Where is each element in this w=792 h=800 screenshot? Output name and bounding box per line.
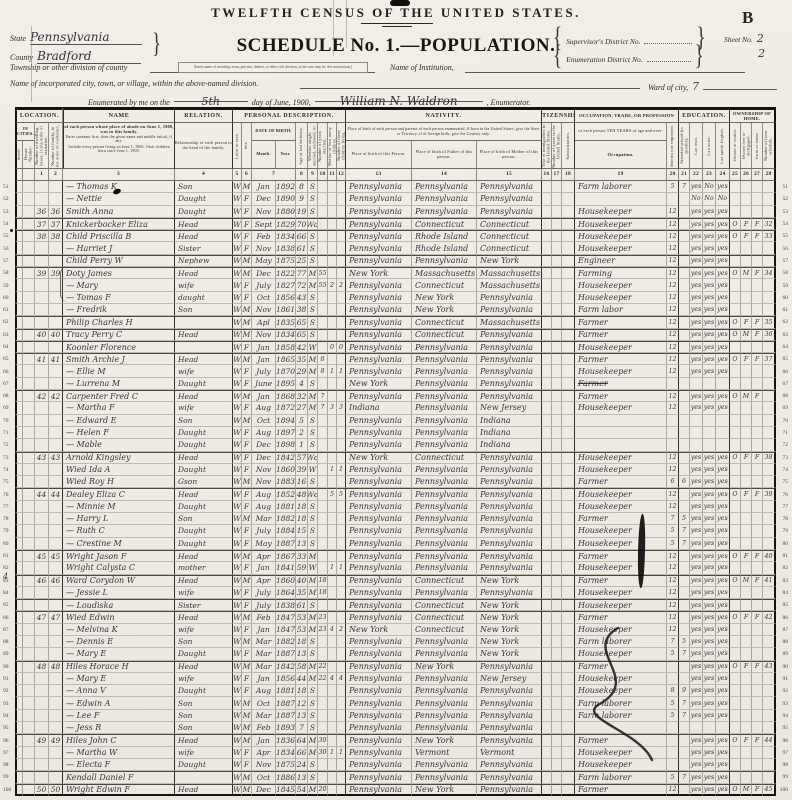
cell-occ: Housekeeper	[575, 365, 667, 377]
cell-color: W	[233, 587, 242, 599]
cell-own: O	[730, 452, 741, 464]
cell-rd	[690, 378, 703, 390]
line-number-right: 62	[776, 316, 789, 328]
cell-fh	[752, 710, 763, 722]
cell-wr: yes	[703, 353, 716, 365]
cell-own: O	[730, 316, 741, 328]
cell-occ: Housekeeper	[575, 747, 667, 759]
cell-cl	[337, 661, 346, 673]
cell-fs	[763, 415, 776, 427]
cell-sex: F	[242, 365, 252, 377]
cell-street	[15, 525, 23, 537]
cell-nat	[562, 575, 575, 587]
cell-yrs	[552, 599, 562, 611]
cell-bm: Dec	[252, 784, 276, 796]
cell-wr: yes	[703, 685, 716, 697]
line-number-right: 51	[776, 181, 789, 193]
cell-fm: M	[741, 575, 752, 587]
cell-fm	[741, 206, 752, 218]
cell-nat	[562, 255, 575, 267]
cell-occ	[575, 427, 667, 439]
cell-fs	[763, 439, 776, 451]
cell-nat	[562, 193, 575, 205]
cell-yrs	[552, 673, 562, 685]
cell-color: W	[233, 452, 242, 464]
line-number-left: 51	[2, 181, 15, 193]
cell-fm	[741, 624, 752, 636]
cell-own	[730, 242, 741, 254]
cell-bp: Pennsylvania	[346, 427, 412, 439]
cell-cb: 3	[328, 402, 337, 414]
cell-occ: Farm laborer	[575, 181, 667, 193]
column-number: 1	[35, 169, 49, 181]
cell-bm: July	[252, 587, 276, 599]
line-number-right: 100	[776, 784, 789, 796]
cell-fh	[752, 599, 763, 611]
cell-fm: M	[741, 267, 752, 279]
cell-mbp: Pennsylvania	[477, 452, 542, 464]
cell-fm: F	[741, 316, 752, 328]
col-header-farm-home: Farm or home.	[752, 123, 763, 169]
cell-house	[23, 697, 35, 709]
cell-name: — Dennis E	[63, 636, 175, 648]
cell-bm: Aug	[252, 427, 276, 439]
cell-imm	[542, 784, 552, 796]
cell-dw: 43	[35, 452, 49, 464]
line-number-right: 65	[776, 353, 789, 365]
cell-sch	[679, 661, 690, 673]
cell-fs	[763, 710, 776, 722]
cell-street	[15, 599, 23, 611]
ward-value: 7	[692, 80, 699, 93]
cell-bm: Oct	[252, 415, 276, 427]
cell-imm	[542, 378, 552, 390]
col-header-naturalization: Naturalization.	[562, 123, 575, 169]
line-number-right: 97	[776, 747, 789, 759]
cell-en: yes	[716, 550, 730, 562]
cell-cl	[337, 390, 346, 402]
cell-age: 43	[296, 292, 308, 304]
col-header-owned-rented: Owned or rented.	[730, 123, 741, 169]
cell-bm: Nov	[252, 329, 276, 341]
cell-cb	[328, 378, 337, 390]
line-number-left: 56	[2, 242, 15, 254]
col-header-free-mortgaged: Owned free or mortgaged.	[741, 123, 752, 169]
cell-bp: Pennsylvania	[346, 562, 412, 574]
cell-yrs	[552, 525, 562, 537]
cell-fbp: Pennsylvania	[412, 722, 477, 734]
cell-nat	[562, 427, 575, 439]
line-number-left: 95	[2, 722, 15, 734]
cell-mar: S	[308, 255, 318, 267]
cell-age: 18	[296, 513, 308, 525]
cell-rel: Head	[175, 611, 233, 623]
cell-name: — Helen F	[63, 427, 175, 439]
cell-rd: yes	[690, 255, 703, 267]
line-number-left: 64	[2, 341, 15, 353]
cell-mne: 5	[667, 538, 679, 550]
cell-bp: Indiana	[346, 402, 412, 414]
cell-color: W	[233, 525, 242, 537]
cell-fs	[763, 402, 776, 414]
cell-ym	[318, 525, 328, 537]
cell-age: 25	[296, 255, 308, 267]
cell-by: 1841	[276, 562, 296, 574]
cell-fm	[741, 538, 752, 550]
cell-by: 1858	[276, 341, 296, 353]
cell-wr: yes	[703, 734, 716, 746]
cell-yrs	[552, 452, 562, 464]
cell-ym	[318, 206, 328, 218]
cell-mbp: Pennsylvania	[477, 476, 542, 488]
cell-fm: F	[741, 550, 752, 562]
cell-imm	[542, 587, 552, 599]
cell-rel: Head	[175, 550, 233, 562]
cell-cb	[328, 415, 337, 427]
cell-yrs	[552, 329, 562, 341]
cell-fbp: Connecticut	[412, 611, 477, 623]
cell-fs	[763, 525, 776, 537]
cell-sex: M	[242, 316, 252, 328]
cell-en: yes	[716, 501, 730, 513]
cell-bm: Jan	[252, 673, 276, 685]
cell-nat	[562, 279, 575, 291]
col-header-dwelling-number: Number of dwelling house, in the order o…	[35, 123, 49, 169]
line-number-left: 90	[2, 661, 15, 673]
cell-cl: 1	[337, 464, 346, 476]
cell-by: 1893	[276, 722, 296, 734]
cell-cl	[337, 427, 346, 439]
cell-by: 1856	[276, 292, 296, 304]
cell-ym	[318, 193, 328, 205]
cell-bp: Pennsylvania	[346, 488, 412, 500]
cell-rel: Daught	[175, 427, 233, 439]
cell-cl	[337, 525, 346, 537]
cell-wr: yes	[703, 587, 716, 599]
cell-en: yes	[716, 476, 730, 488]
cell-name: — Crestine M	[63, 538, 175, 550]
column-number: 26	[741, 169, 752, 181]
county-value: Bradford	[37, 49, 141, 64]
cell-wr: yes	[703, 599, 716, 611]
cell-sex: F	[242, 279, 252, 291]
cell-sex: M	[242, 771, 252, 783]
cell-fbp: New York	[412, 734, 477, 746]
cell-rd: yes	[690, 230, 703, 242]
column-number: 27	[752, 169, 763, 181]
enumeration-district-value: 2	[758, 47, 765, 60]
cell-fam	[49, 771, 63, 783]
cell-bm: Mar	[252, 513, 276, 525]
cell-rel	[175, 341, 233, 353]
cell-house	[23, 316, 35, 328]
cell-en: yes	[716, 771, 730, 783]
cell-sch	[679, 624, 690, 636]
cell-name: — Mable	[63, 439, 175, 451]
cell-rel: wife	[175, 365, 233, 377]
cell-sex: F	[242, 587, 252, 599]
cell-own	[730, 402, 741, 414]
cell-fbp: Connecticut	[412, 599, 477, 611]
cell-yrs	[552, 550, 562, 562]
cell-age: 61	[296, 599, 308, 611]
cell-rd: yes	[690, 242, 703, 254]
cell-nat	[562, 353, 575, 365]
cell-mar: S	[308, 697, 318, 709]
cell-bm: Dec	[252, 452, 276, 464]
cell-by: 1835	[276, 316, 296, 328]
cell-fh	[752, 722, 763, 734]
cell-ym: 7	[318, 390, 328, 402]
cell-color: W	[233, 279, 242, 291]
cell-rd: yes	[690, 292, 703, 304]
cell-mne	[667, 439, 679, 451]
cell-bp: Pennsylvania	[346, 550, 412, 562]
cell-cb	[328, 218, 337, 230]
cell-mar: M	[308, 402, 318, 414]
cell-own	[730, 599, 741, 611]
line-number-right: 60	[776, 292, 789, 304]
cell-by: 1887	[276, 538, 296, 550]
cell-name: Smith Archie J	[63, 353, 175, 365]
cell-fh: F	[752, 230, 763, 242]
cell-wr: yes	[703, 697, 716, 709]
cell-own	[730, 697, 741, 709]
enumerated-mid: day of June, 1900,	[252, 98, 311, 107]
cell-sex: M	[242, 476, 252, 488]
ward-label: Ward of city,	[648, 83, 688, 92]
cell-dw	[35, 624, 49, 636]
cell-fs	[763, 193, 776, 205]
cell-wr	[703, 427, 716, 439]
cell-rel: Son	[175, 722, 233, 734]
cell-fh: F	[752, 452, 763, 464]
cell-occ: Farmer	[575, 661, 667, 673]
cell-sex: F	[242, 562, 252, 574]
cell-bm: Jan	[252, 341, 276, 353]
cell-ym: 23	[318, 611, 328, 623]
cell-fm	[741, 193, 752, 205]
cell-fh	[752, 415, 763, 427]
cell-sch	[679, 292, 690, 304]
cell-street	[15, 562, 23, 574]
cell-color: W	[233, 784, 242, 796]
cell-by: 1865	[276, 353, 296, 365]
cell-rd: yes	[690, 353, 703, 365]
cell-fm	[741, 636, 752, 648]
cell-mbp: Pennsylvania	[477, 759, 542, 771]
cell-imm	[542, 452, 552, 464]
cell-cl	[337, 575, 346, 587]
cell-yrs	[552, 242, 562, 254]
cell-rel: wife	[175, 587, 233, 599]
cell-age: 32	[296, 390, 308, 402]
cell-cb	[328, 476, 337, 488]
cell-own	[730, 415, 741, 427]
cell-fam	[49, 378, 63, 390]
cell-fbp: Pennsylvania	[412, 181, 477, 193]
line-number-right: 76	[776, 488, 789, 500]
cell-en: yes	[716, 218, 730, 230]
cell-by: 1887	[276, 710, 296, 722]
column-number: 16	[542, 169, 552, 181]
cell-cl	[337, 636, 346, 648]
cell-mbp: New York	[477, 575, 542, 587]
cell-fh: F	[752, 488, 763, 500]
cell-cb	[328, 255, 337, 267]
cell-street	[15, 452, 23, 464]
cell-name: — Loudiska	[63, 599, 175, 611]
cell-fbp: Pennsylvania	[412, 648, 477, 660]
cell-house	[23, 365, 35, 377]
cell-fbp: Pennsylvania	[412, 427, 477, 439]
cell-sch	[679, 562, 690, 574]
cell-dw	[35, 181, 49, 193]
cell-nat	[562, 206, 575, 218]
cell-rd: yes	[690, 759, 703, 771]
cell-wr: No	[703, 181, 716, 193]
cell-occ	[575, 722, 667, 734]
cell-rel: daught	[175, 292, 233, 304]
cell-fm	[741, 771, 752, 783]
cell-en: yes	[716, 673, 730, 685]
cell-dw: 42	[35, 390, 49, 402]
cell-imm	[542, 747, 552, 759]
cell-by: 1834	[276, 747, 296, 759]
cell-own: O	[730, 550, 741, 562]
cell-fs: 43	[763, 661, 776, 673]
cell-imm	[542, 439, 552, 451]
cell-fh: F	[752, 550, 763, 562]
cell-rel: Sister	[175, 242, 233, 254]
cell-fm	[741, 648, 752, 660]
cell-mar: S	[308, 599, 318, 611]
cell-fbp: New York	[412, 292, 477, 304]
cell-occ: Housekeeper	[575, 464, 667, 476]
cell-cl	[337, 722, 346, 734]
cell-fh: F	[752, 267, 763, 279]
cell-bp: Pennsylvania	[346, 439, 412, 451]
cell-fam	[49, 365, 63, 377]
cell-fs	[763, 697, 776, 709]
cell-mne: 8	[667, 685, 679, 697]
cell-dw	[35, 427, 49, 439]
cell-street	[15, 771, 23, 783]
cell-wr: yes	[703, 402, 716, 414]
line-number-left: 65	[2, 353, 15, 365]
cell-fm: F	[741, 218, 752, 230]
cell-sch	[679, 501, 690, 513]
cell-mne: 12	[667, 279, 679, 291]
cell-fm: F	[741, 230, 752, 242]
cell-nat	[562, 501, 575, 513]
cell-imm	[542, 267, 552, 279]
cell-mne: 12	[667, 784, 679, 796]
cell-fbp: Pennsylvania	[412, 636, 477, 648]
cell-mbp: New Jersey	[477, 402, 542, 414]
cell-rd: yes	[690, 402, 703, 414]
cell-fbp: Pennsylvania	[412, 697, 477, 709]
cell-name: Smith Anna	[63, 206, 175, 218]
cell-name: — Martha W	[63, 747, 175, 759]
cell-own: O	[730, 353, 741, 365]
cell-mar: W	[308, 562, 318, 574]
line-number-left: 96	[2, 734, 15, 746]
cell-fm	[741, 697, 752, 709]
cell-mbp: Pennsylvania	[477, 513, 542, 525]
line-number-right: 56	[776, 242, 789, 254]
cell-street	[15, 476, 23, 488]
cell-sex: M	[242, 390, 252, 402]
cell-bp: New York	[346, 267, 412, 279]
cell-dw	[35, 562, 49, 574]
line-number-left: 63	[2, 329, 15, 341]
cell-fh: F	[752, 611, 763, 623]
cell-street	[15, 341, 23, 353]
cell-house	[23, 452, 35, 464]
cell-fs	[763, 390, 776, 402]
cell-house	[23, 734, 35, 746]
cell-imm	[542, 648, 552, 660]
column-number: 12	[337, 169, 346, 181]
cell-mbp: Pennsylvania	[477, 193, 542, 205]
cell-fh	[752, 341, 763, 353]
cell-dw	[35, 759, 49, 771]
cell-dw: 36	[35, 206, 49, 218]
cell-bp: Pennsylvania	[346, 513, 412, 525]
enumerated-day-blank: 5th	[174, 92, 248, 102]
cell-name: — Harry L	[63, 513, 175, 525]
cell-mar: M	[308, 673, 318, 685]
cell-en: yes	[716, 255, 730, 267]
cell-color: W	[233, 513, 242, 525]
cell-by: 1881	[276, 685, 296, 697]
cell-rel: Head	[175, 230, 233, 242]
cell-nat	[562, 697, 575, 709]
cell-rd: yes	[690, 587, 703, 599]
cell-own: O	[730, 488, 741, 500]
cell-fs	[763, 685, 776, 697]
cell-own: O	[730, 218, 741, 230]
cell-dw	[35, 193, 49, 205]
cell-age: 24	[296, 759, 308, 771]
column-number: 7	[252, 169, 296, 181]
cell-own	[730, 206, 741, 218]
cell-mne: 12	[667, 402, 679, 414]
line-number-right: 72	[776, 439, 789, 451]
cell-by: 1894	[276, 415, 296, 427]
cell-house	[23, 562, 35, 574]
cell-en: yes	[716, 353, 730, 365]
state-label: State	[10, 34, 26, 43]
cell-dw	[35, 292, 49, 304]
cell-mbp: Pennsylvania	[477, 292, 542, 304]
cell-cb	[328, 710, 337, 722]
cell-en: yes	[716, 292, 730, 304]
cell-by: 1847	[276, 624, 296, 636]
cell-rd	[690, 439, 703, 451]
cell-en: yes	[716, 267, 730, 279]
cell-rd: yes	[690, 501, 703, 513]
cell-age: 16	[296, 476, 308, 488]
cell-sex: F	[242, 501, 252, 513]
census-sheet: TWELFTH CENSUS OF THE UNITED STATES. B S…	[0, 0, 792, 800]
cell-fam: 36	[49, 206, 63, 218]
cell-fs	[763, 427, 776, 439]
cell-imm	[542, 759, 552, 771]
cell-fs: 35	[763, 316, 776, 328]
cell-bp: Pennsylvania	[346, 661, 412, 673]
